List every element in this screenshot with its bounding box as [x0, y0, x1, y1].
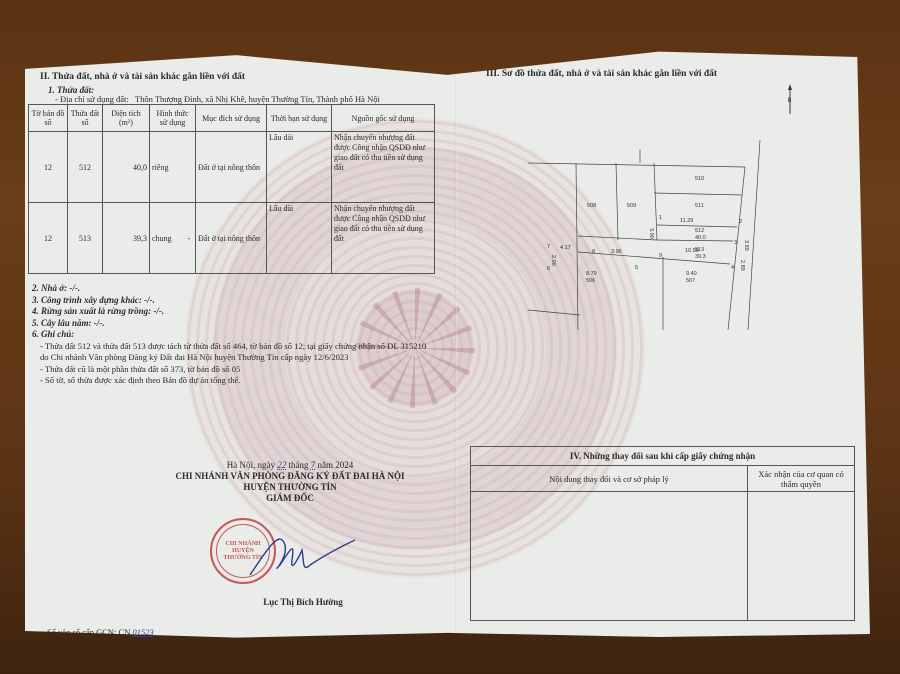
cell-usage-mark [183, 132, 196, 203]
cell-duration: Lâu dài [267, 132, 332, 203]
col-origin: Nguồn gốc sử dụng [332, 105, 435, 132]
section-iii-title: III. Sơ đồ thửa đất, nhà ở và tài sản kh… [486, 69, 717, 79]
col-usage-form: Hình thức sử dụng [150, 105, 196, 132]
cell-purpose: Đất ở tại nông thôn [196, 203, 267, 274]
point-1: 1 [659, 215, 662, 221]
cell-duration: Lâu dài [267, 203, 332, 274]
edge-6-5: 8.79 [586, 271, 597, 277]
note-item: - Thửa đất cũ là một phần thửa đất số 37… [32, 364, 432, 376]
cell-area: 40,0 [103, 132, 150, 203]
signer-name: Lục Thị Bích Hường [228, 597, 378, 607]
date-month: 7 [311, 460, 316, 470]
point-5: 5 [635, 265, 638, 271]
edge-1-2: 11.29 [680, 218, 693, 224]
edge-8-9: 3.96 [611, 249, 622, 255]
cell-purpose: Đất ở tại nông thôn [196, 132, 267, 203]
parcel-506: 506 [586, 278, 595, 284]
cell-map-sheet: 12 [29, 132, 68, 203]
point-3: 3 [734, 240, 737, 246]
date-day: 22 [277, 460, 286, 470]
item-other-construction: 3. Công trình xây dựng khác: -/-. [32, 295, 432, 307]
item-plantation-forest: 4. Rừng sản xuất là rừng trồng: -/-. [32, 306, 432, 318]
address-value: Thôn Thượng Đình, xã Nhị Khê, huyện Thườ… [135, 94, 380, 104]
point-9: 9 [659, 253, 662, 259]
edge-7-8: 4.17 [560, 245, 571, 251]
cell-area: 39,3 [103, 203, 150, 274]
point-4: 4 [731, 265, 734, 271]
point-6: 6 [547, 266, 550, 272]
table-row: 12 512 40,0 riêng Đất ở tại nông thôn Lâ… [29, 132, 435, 203]
area-512: 40.0 [695, 235, 706, 241]
edge-9-3: 10.59 [685, 248, 699, 254]
changes-col-content: Nội dung thay đổi và cơ sở pháp lý [471, 466, 748, 492]
edge-5-4: 9.40 [686, 271, 697, 277]
col-duration: Thời hạn sử dụng [267, 105, 332, 132]
parcel-509: 509 [627, 203, 636, 209]
note-item: - Thửa đất 512 và thửa đất 513 được tách… [32, 341, 432, 364]
parcel-507: 507 [686, 278, 695, 284]
cell-map-sheet: 12 [29, 203, 68, 274]
point-8: 8 [592, 249, 595, 255]
notes-title: 6. Ghi chú: [32, 329, 432, 341]
parcel-512: 512 [695, 228, 704, 234]
changes-confirmation-cell [748, 492, 855, 621]
date-year: năm 2024 [318, 460, 354, 470]
point-2: 2 [739, 219, 742, 225]
col-map-sheet: Tờ bản đồ số [29, 105, 68, 132]
parcel-511: 511 [695, 203, 704, 209]
section-ii-title: II. Thửa đất, nhà ở và tài sản khác gắn … [40, 72, 245, 82]
area-513: 39.3 [695, 254, 706, 260]
edge-2-3: 3.89 [743, 240, 749, 251]
signature-block: Hà Nội, ngày 22 tháng 7 năm 2024 CHI NHÁ… [150, 460, 430, 504]
point-7: 7 [547, 244, 550, 250]
cell-usage-form: riêng [150, 132, 184, 203]
issue-date: Hà Nội, ngày 22 tháng 7 năm 2024 [150, 460, 430, 471]
page-fold [455, 58, 457, 638]
gcn-number: 01523 [132, 627, 153, 637]
cell-origin: Nhận chuyển nhượng đất được Công nhận QS… [332, 132, 435, 203]
address-line: - Địa chỉ sử dụng đất: Thôn Thượng Đình,… [55, 94, 380, 104]
issuing-district: HUYỆN THƯỜNG TÍN [150, 482, 430, 493]
edge-1-9: 3.90 [648, 228, 654, 239]
additional-items: 2. Nhà ở: -/-. 3. Công trình xây dựng kh… [32, 283, 432, 387]
cell-parcel-no: 512 [68, 132, 103, 203]
land-parcel-table: Tờ bản đồ số Thửa đất số Diện tích (m²) … [28, 104, 435, 274]
col-purpose: Mục đích sử dụng [196, 105, 267, 132]
note-item: - Số tờ, số thửa được xác định theo Bản … [32, 375, 432, 387]
cell-usage-form: chung [150, 203, 184, 274]
item-house: 2. Nhà ở: -/-. [32, 283, 432, 295]
cell-usage-mark: - [183, 203, 196, 274]
gcn-registry: Số vào sổ cấp GCN: CN.01523 [47, 627, 154, 637]
col-parcel-no: Thửa đất số [68, 105, 103, 132]
edge-3-4: 2.89 [739, 260, 745, 271]
cell-parcel-no: 513 [68, 203, 103, 274]
issuing-office: CHI NHÁNH VĂN PHÒNG ĐĂNG KÝ ĐẤT ĐAI HÀ N… [150, 471, 430, 482]
parcel-510: 510 [695, 176, 704, 182]
signature-scribble [240, 525, 360, 585]
changes-table: IV. Những thay đổi sau khi cấp giấy chứn… [470, 446, 855, 621]
address-label: - Địa chỉ sử dụng đất: [55, 94, 129, 104]
changes-col-confirmation: Xác nhận của cơ quan có thẩm quyền [748, 466, 855, 492]
date-month-label: tháng [289, 460, 309, 470]
date-prefix: Hà Nội, ngày [227, 460, 275, 470]
edge-6-7: 2.00 [550, 255, 556, 266]
gcn-label: Số vào sổ cấp GCN: CN. [47, 627, 132, 637]
table-row: 12 513 39,3 chung - Đất ở tại nông thôn … [29, 203, 435, 274]
changes-content-cell [471, 492, 748, 621]
parcel-diagram: 510 511 508 509 512 40.0 513 39.3 506 50… [520, 100, 800, 330]
signer-title: GIÁM ĐỐC [150, 493, 430, 504]
parcel-508: 508 [587, 203, 596, 209]
col-area: Diện tích (m²) [103, 105, 150, 132]
item-perennial-trees: 5. Cây lâu năm: -/-. [32, 318, 432, 330]
parcel-map: 510 511 508 509 512 40.0 513 39.3 506 50… [520, 100, 800, 330]
changes-title: IV. Những thay đổi sau khi cấp giấy chứn… [471, 447, 855, 466]
cell-origin: Nhận chuyển nhượng đất được Công nhận QS… [332, 203, 435, 274]
